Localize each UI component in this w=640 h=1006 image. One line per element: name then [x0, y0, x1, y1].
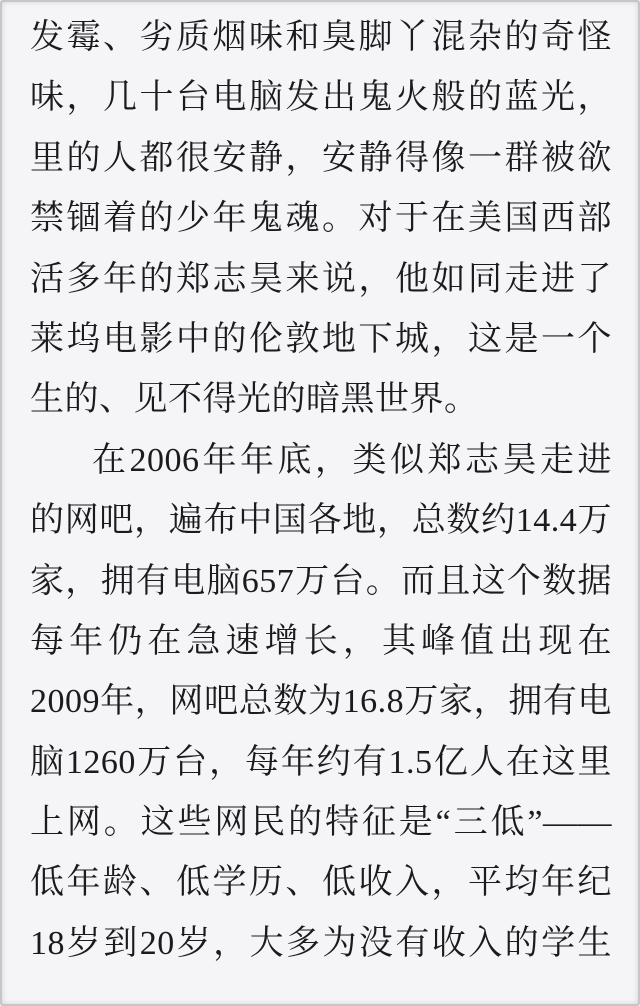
- text-line: 禁锢着的少年鬼魂。对于在美国西部生: [30, 189, 612, 249]
- text-block: 发霉、劣质烟味和臭脚丫混杂的奇怪气 味，几十台电脑发出鬼火般的蓝光，屋 里的人都…: [30, 8, 612, 974]
- text-line: 上网。这些网民的特征是“三低”——: [30, 793, 612, 853]
- text-line: 的网吧，遍布中国各地，总数约14.4万: [30, 491, 612, 551]
- text-line: 莱坞电影中的伦敦地下城，这是一个陌: [30, 310, 612, 370]
- text-line: 里的人都很安静，安静得像一群被欲望: [30, 129, 612, 189]
- text-line: 活多年的郑志昊来说，他如同走进了好: [30, 250, 612, 310]
- text-line: 18岁到20岁，大多为没有收入的学生: [30, 914, 612, 974]
- text-line: 发霉、劣质烟味和臭脚丫混杂的奇怪气: [30, 8, 612, 68]
- text-line: 低年龄、低学历、低收入，平均年纪为: [30, 853, 612, 913]
- text-line: 家，拥有电脑657万台。而且这个数据: [30, 552, 612, 612]
- text-line: 2009年，网吧总数为16.8万家，拥有电: [30, 672, 612, 732]
- book-page: 发霉、劣质烟味和臭脚丫混杂的奇怪气 味，几十台电脑发出鬼火般的蓝光，屋 里的人都…: [0, 0, 640, 1006]
- text-line: 味，几十台电脑发出鬼火般的蓝光，屋: [30, 68, 612, 128]
- text-line-paragraph-start: 在2006年年底，类似郑志昊走进: [30, 431, 612, 491]
- text-line: 脑1260万台，每年约有1.5亿人在这里: [30, 733, 612, 793]
- text-line: 每年仍在急速增长，其峰值出现在: [30, 612, 612, 672]
- text-line-paragraph-end: 生的、见不得光的暗黑世界。: [30, 370, 612, 430]
